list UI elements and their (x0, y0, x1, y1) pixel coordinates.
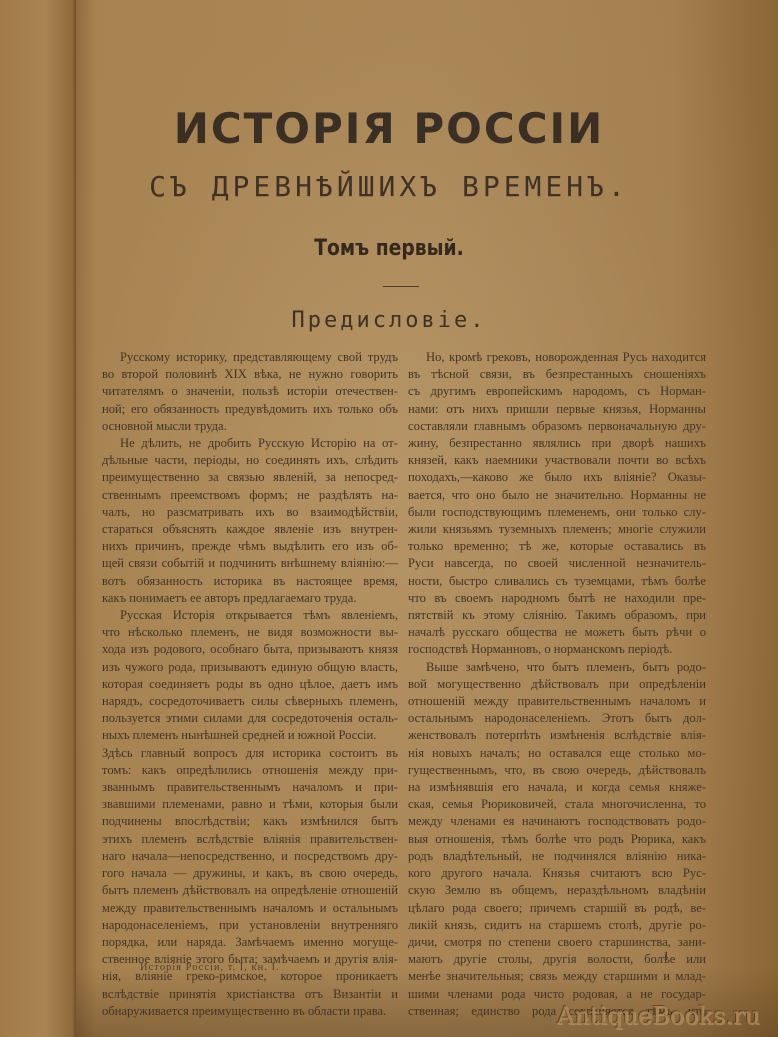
text-line: господствѣ Норманновъ, о норманскомъ пер… (408, 641, 706, 658)
text-line: между членами ея начинаютъ господствоват… (408, 813, 706, 830)
text-line: которая соединяетъ роды въ одно цѣлое, д… (102, 676, 398, 693)
text-line: родъ владѣтельный, не подчинялся вліянію… (408, 848, 706, 865)
text-line: цѣлаго рода своего; причемъ старшій въ р… (408, 900, 706, 917)
text-line: что въ своемъ народномъ бытѣ не находили… (408, 590, 706, 607)
book-subtitle: СЪ ДРЕВНѢЙШИХЪ ВРЕМЕНЪ. (0, 170, 778, 203)
watermark: AntiqueBooks.ru (557, 1002, 760, 1030)
text-line: чалъ, но разсматривать ихъ во взаимодѣйс… (102, 504, 398, 521)
text-line: составляли главнымъ образомъ первоначаль… (408, 418, 706, 435)
text-line: преимущественно за связью явленій, за не… (102, 469, 398, 486)
facing-page-edge (0, 0, 76, 1037)
text-line: какъ понимаетъ ее авторъ предлагаемаго т… (102, 590, 398, 607)
text-line: остальнымъ народонаселеніемъ. Этотъ бытъ… (408, 710, 706, 727)
left-text-column: Русскому историку, представляющему свой … (102, 349, 398, 1020)
right-text-column: Но, кромѣ грековъ, новорожденная Русь на… (408, 349, 706, 1020)
text-line: Русская Исторія открывается тѣмъ явленіе… (102, 607, 398, 624)
text-line: изъ чужого рода, призываютъ единую общую… (102, 659, 398, 676)
text-line: началѣ русскаго общества не можетъ быть … (408, 624, 706, 641)
text-line: томъ: какъ опредѣлились отношенія между … (102, 762, 398, 779)
text-line: женствовалъ потерпѣть измѣненія вслѣдств… (408, 727, 706, 744)
text-line: Здѣсь главный вопросъ для историка состо… (102, 745, 398, 762)
text-line: походахъ,—каково же было ихъ вліяніе? Ок… (408, 469, 706, 486)
text-line: гого начала — дружины, и какъ, въ свою о… (102, 865, 398, 882)
text-line: нихъ причинъ, прежде чѣмъ выдѣлить его и… (102, 538, 398, 555)
text-line: званнымъ правительственнымъ началомъ и п… (102, 779, 398, 796)
text-line: менѣе значительныя; связь между старшими… (408, 968, 706, 985)
text-line: на измѣнявшія его начала, и когда семья … (408, 779, 706, 796)
volume-label: Томъ первый. (58, 236, 719, 261)
text-line: этихъ племенъ вслѣдствіе вліянія правите… (102, 831, 398, 848)
text-line: кого другого начала. Князья считаютъ всю… (408, 865, 706, 882)
text-line: стараться объяснять каждое явленіе изъ в… (102, 521, 398, 538)
signature-mark: Исторія Россіи, т. I, кн. I. (140, 962, 280, 973)
text-line: вается, что оно было не значительно. Нор… (408, 487, 706, 504)
text-line: ной; его обязанность предувѣдомить ихъ т… (102, 401, 398, 418)
text-line: вой могущественно дѣйствовалъ при опредѣ… (408, 676, 706, 693)
text-line: ликій князь, сидитъ на старшемъ столѣ, д… (408, 917, 706, 934)
text-line: шими членами рода чисто родовая, а не го… (408, 986, 706, 1003)
text-line: ныхъ племенъ нынѣшней средней и южной Ро… (102, 727, 398, 744)
text-line: ственнымъ преемствомъ формъ; не раздѣлят… (102, 487, 398, 504)
text-line: между правительственнымъ началомъ и оста… (102, 900, 398, 917)
text-line: съ другимъ европейскимъ народомъ, съ Нор… (408, 383, 706, 400)
text-line: дѣльные части, періоды, но соединять ихъ… (102, 452, 398, 469)
text-line: пятствій къ этому слiянію. Такимъ образо… (408, 607, 706, 624)
text-line: жили князьямъ туземныхъ племенъ; многіе … (408, 521, 706, 538)
text-line: бытъ племенъ дѣйствовалъ на опредѣленіе … (102, 882, 398, 899)
text-line: маютъ другіе столы, другія волости, болѣ… (408, 951, 706, 968)
text-line: во второй половинѣ XIX вѣка, не нужно го… (102, 366, 398, 383)
text-line: скую Землю въ общемъ, нераздѣльномъ влад… (408, 882, 706, 899)
text-line: были господствующимъ племенемъ, они толь… (408, 504, 706, 521)
text-line: наго начала—непосредственно, и посредств… (102, 848, 398, 865)
text-line: Выше замѣчено, что бытъ племенъ, бытъ ро… (408, 659, 706, 676)
text-line: только временно; тѣ же, которые оставали… (408, 538, 706, 555)
section-heading: Предисловіе. (0, 308, 778, 333)
text-line: хода изъ родового, особнаго быта, призыв… (102, 641, 398, 658)
text-line: выя отношенія, тѣмъ болѣе что родъ Рюрик… (408, 831, 706, 848)
text-line: читателямъ о значеніи, пользѣ исторіи от… (102, 383, 398, 400)
text-line: народонаселеніемъ, при установленіи внут… (102, 917, 398, 934)
text-line: Не дѣлить, не дробить Русскую Исторію на… (102, 435, 398, 452)
text-line: нами: отъ нихъ пришли первые князья, Нор… (408, 401, 706, 418)
text-line: нія новыхъ началъ; но оставался еще стол… (408, 745, 706, 762)
text-line: подчинены впослѣдствіи; какъ измѣнился б… (102, 813, 398, 830)
text-line: жину, безпрестанно являлись при дворѣ на… (408, 435, 706, 452)
text-line: что нѣсколько племенъ, не видя возможнос… (102, 624, 398, 641)
text-line: отношеній между правительственнымъ начал… (408, 693, 706, 710)
page-number: 1 (663, 948, 670, 964)
text-line: пользуется этими силами для сосредоточен… (102, 710, 398, 727)
text-line: основной мысли труда. (102, 418, 398, 435)
text-line: ности, быстро сливались съ туземцами, тѣ… (408, 573, 706, 590)
text-line: звавшими племенами, равно и тѣми, которы… (102, 796, 398, 813)
text-line: Но, кромѣ грековъ, новорожденная Русь на… (408, 349, 706, 366)
text-line: въ тѣсной связи, въ безпрестанныхъ сноше… (408, 366, 706, 383)
text-line: обнаруживается преимущественно въ област… (102, 1003, 398, 1020)
text-line: князей, какъ наемники участвовали почти … (408, 452, 706, 469)
text-line: щей связи событій и подчинить внѣшнему в… (102, 555, 398, 572)
text-line: гущественнымъ, что, въ свою очередь, дѣй… (408, 762, 706, 779)
text-line: вотъ обязанность историка въ настоящее в… (102, 573, 398, 590)
text-line: ская, семья Рюриковичей, стала многочисл… (408, 796, 706, 813)
text-line: порядка, или наряда. Замѣчаемъ именно мо… (102, 934, 398, 951)
divider-rule (383, 286, 419, 287)
text-line: дичи, смотря по степени своего старшинст… (408, 934, 706, 951)
text-line: нарядъ, сосредоточиваетъ силы сѣверныхъ … (102, 693, 398, 710)
book-title: ИСТОРІЯ РОССІИ (0, 104, 778, 153)
text-line: Руси навсегда, по своей численной незнач… (408, 555, 706, 572)
text-line: Русскому историку, представляющему свой … (102, 349, 398, 366)
text-line: вслѣдствіе принятія христіанства отъ Виз… (102, 986, 398, 1003)
